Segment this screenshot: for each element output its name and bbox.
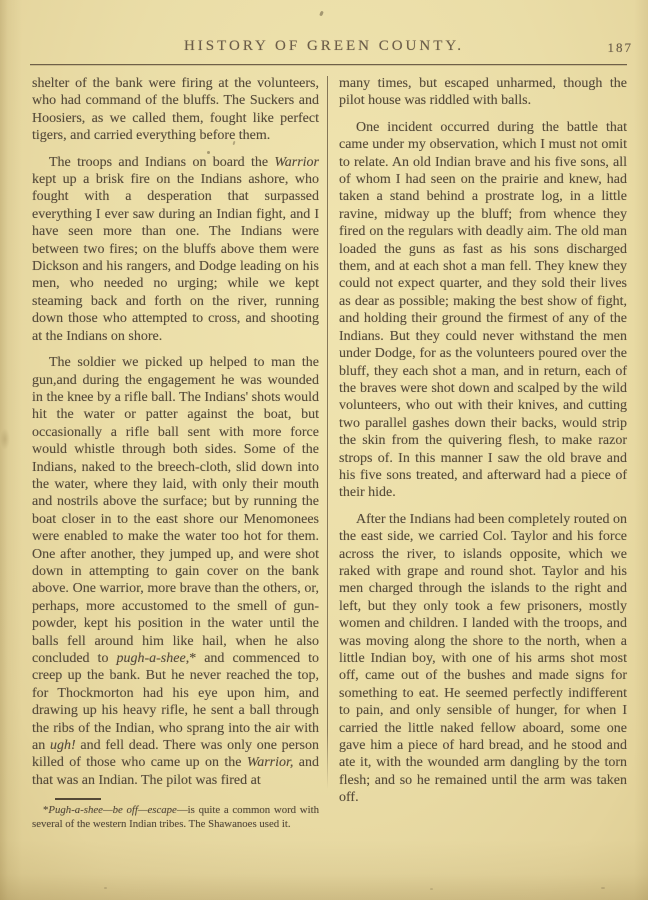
scan-speck [601, 887, 605, 889]
paragraph: After the Indians had been completely ro… [339, 511, 627, 807]
paragraph: The soldier we picked up helped to man t… [32, 354, 319, 789]
paragraph: The troops and Indians on board the Warr… [32, 154, 319, 345]
column-divider [327, 76, 328, 789]
scan-speck [430, 888, 433, 890]
text-run: shelter of the bank were firing at the v… [32, 76, 319, 143]
paragraph: shelter of the bank were firing at the v… [32, 75, 319, 145]
page-title: HISTORY OF GREEN COUNTY. [0, 38, 648, 55]
page-number: 187 [608, 40, 634, 56]
text-columns: shelter of the bank were firing at the v… [32, 75, 627, 831]
italic-text: Pugh-a-shee—be off—escape [48, 804, 176, 816]
scan-speck [319, 11, 324, 17]
right-column: many times, but escaped unharmed, though… [339, 75, 627, 831]
scan-smudge [0, 428, 10, 450]
text-run: One incident occurred during the battle … [339, 120, 627, 501]
text-run: many times, but escaped unharmed, though… [339, 76, 627, 108]
text-run: The soldier we picked up helped to man t… [32, 355, 319, 666]
italic-text: Warrior, [247, 755, 294, 770]
footnote-rule [55, 798, 101, 800]
italic-text: ugh! [50, 738, 76, 753]
paragraph: *Pugh-a-shee—be off—escape—is quite a co… [32, 804, 319, 831]
footnote: *Pugh-a-shee—be off—escape—is quite a co… [32, 804, 319, 831]
header-rule [30, 64, 627, 65]
text-run: The troops and Indians on board the [49, 155, 274, 170]
paragraph: many times, but escaped unharmed, though… [339, 75, 627, 110]
paragraph: One incident occurred during the battle … [339, 119, 627, 502]
italic-text: pugh-a-shee [116, 651, 185, 666]
scan-speck [104, 887, 107, 889]
left-column-text: shelter of the bank were firing at the v… [32, 75, 319, 789]
book-page: HISTORY OF GREEN COUNTY. 187 shelter of … [0, 0, 648, 900]
italic-text: Warrior [274, 155, 319, 170]
text-run: kept up a brisk fire on the Indians asho… [32, 172, 319, 344]
text-run: After the Indians had been completely ro… [339, 512, 627, 806]
left-column: shelter of the bank were firing at the v… [32, 75, 319, 831]
